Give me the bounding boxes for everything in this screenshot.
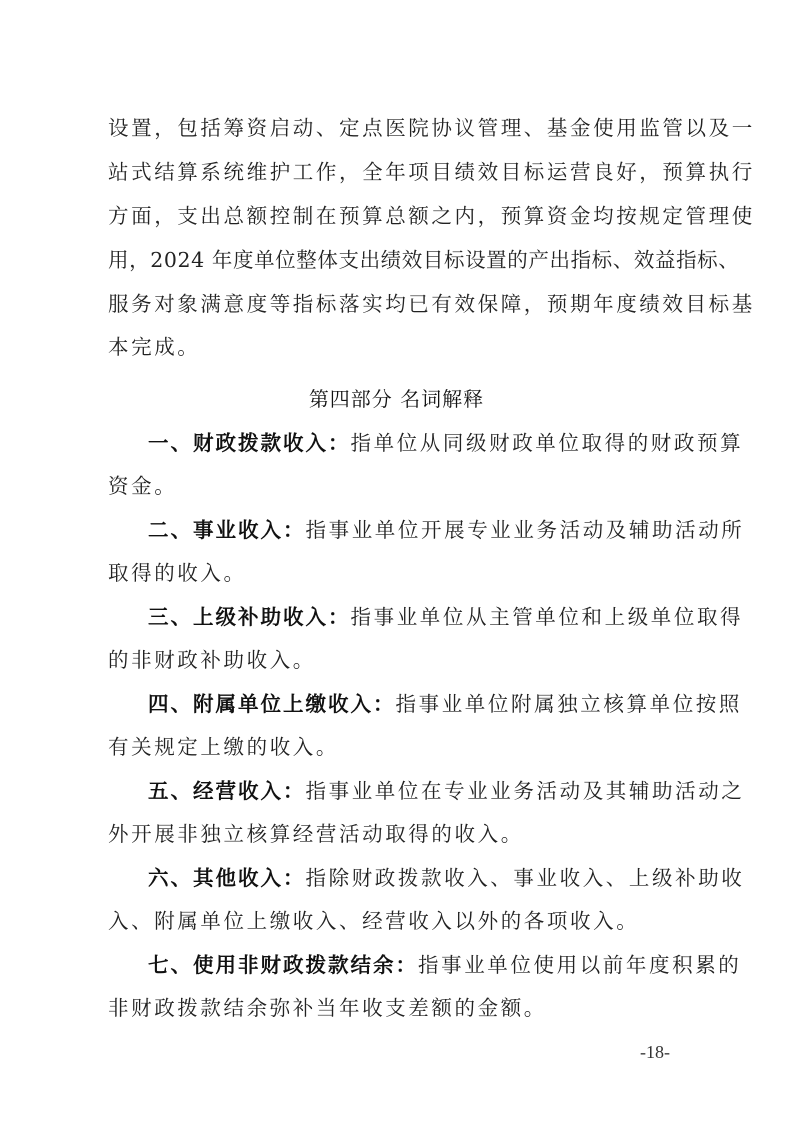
definition-term: 四、附属单位上缴收入：	[148, 692, 396, 716]
paragraph-line: 站式结算系统维护工作，全年项目绩效目标运营良好，预算执行	[108, 159, 688, 185]
paragraph-line: 方面，支出总额控制在预算总额之内，预算资金均按规定管理使	[108, 203, 688, 229]
definition-continuation: 外开展非独立核算经营活动取得的收入。	[108, 821, 688, 847]
definition-continuation: 有关规定上缴的收入。	[108, 734, 688, 760]
definition-term: 二、事业收入：	[148, 518, 306, 542]
definition-continuation: 的非财政补助收入。	[108, 647, 688, 673]
definition-term: 一、财政拨款收入：	[148, 431, 351, 455]
definition-term: 六、其他收入：	[148, 866, 306, 890]
definition-term: 七、使用非财政拨款结余：	[148, 953, 418, 977]
definition-continuation: 取得的收入。	[108, 560, 688, 586]
paragraph-line: 本完成。	[108, 334, 688, 360]
definition-text: 指事业单位开展专业业务活动及辅助活动所	[306, 518, 745, 542]
definition-continuation: 资金。	[108, 473, 688, 499]
paragraph-line: 服务对象满意度等指标落实均已有效保障，预期年度绩效目标基	[108, 291, 688, 317]
definition-text: 指事业单位在专业业务活动及其辅助活动之	[306, 779, 745, 803]
definition-continuation: 非财政拨款结余弥补当年收支差额的金额。	[108, 995, 688, 1021]
definition-text: 指事业单位使用以前年度积累的	[418, 953, 741, 977]
definition-continuation: 入、附属单位上缴收入、经营收入以外的各项收入。	[108, 908, 688, 934]
definition-text: 指事业单位从主管单位和上级单位取得	[351, 605, 744, 629]
definition-term: 三、上级补助收入：	[148, 605, 351, 629]
definition-text: 指事业单位附属独立核算单位按照	[396, 692, 743, 716]
definition-text: 指除财政拨款收入、事业收入、上级补助收	[306, 866, 745, 890]
definition-term: 五、经营收入：	[148, 779, 306, 803]
document-page: 设置，包括筹资启动、定点医院协议管理、基金使用监管以及一 站式结算系统维护工作，…	[0, 0, 793, 1122]
page-number: -18-	[640, 1042, 670, 1063]
definition-text: 指单位从同级财政单位取得的财政预算	[351, 431, 744, 455]
paragraph-line: 设置，包括筹资启动、定点医院协议管理、基金使用监管以及一	[108, 115, 688, 141]
paragraph-line: 用，2024 年度单位整体支出绩效目标设置的产出指标、效益指标、	[108, 247, 688, 273]
section-title: 第四部分 名词解释	[0, 386, 793, 412]
